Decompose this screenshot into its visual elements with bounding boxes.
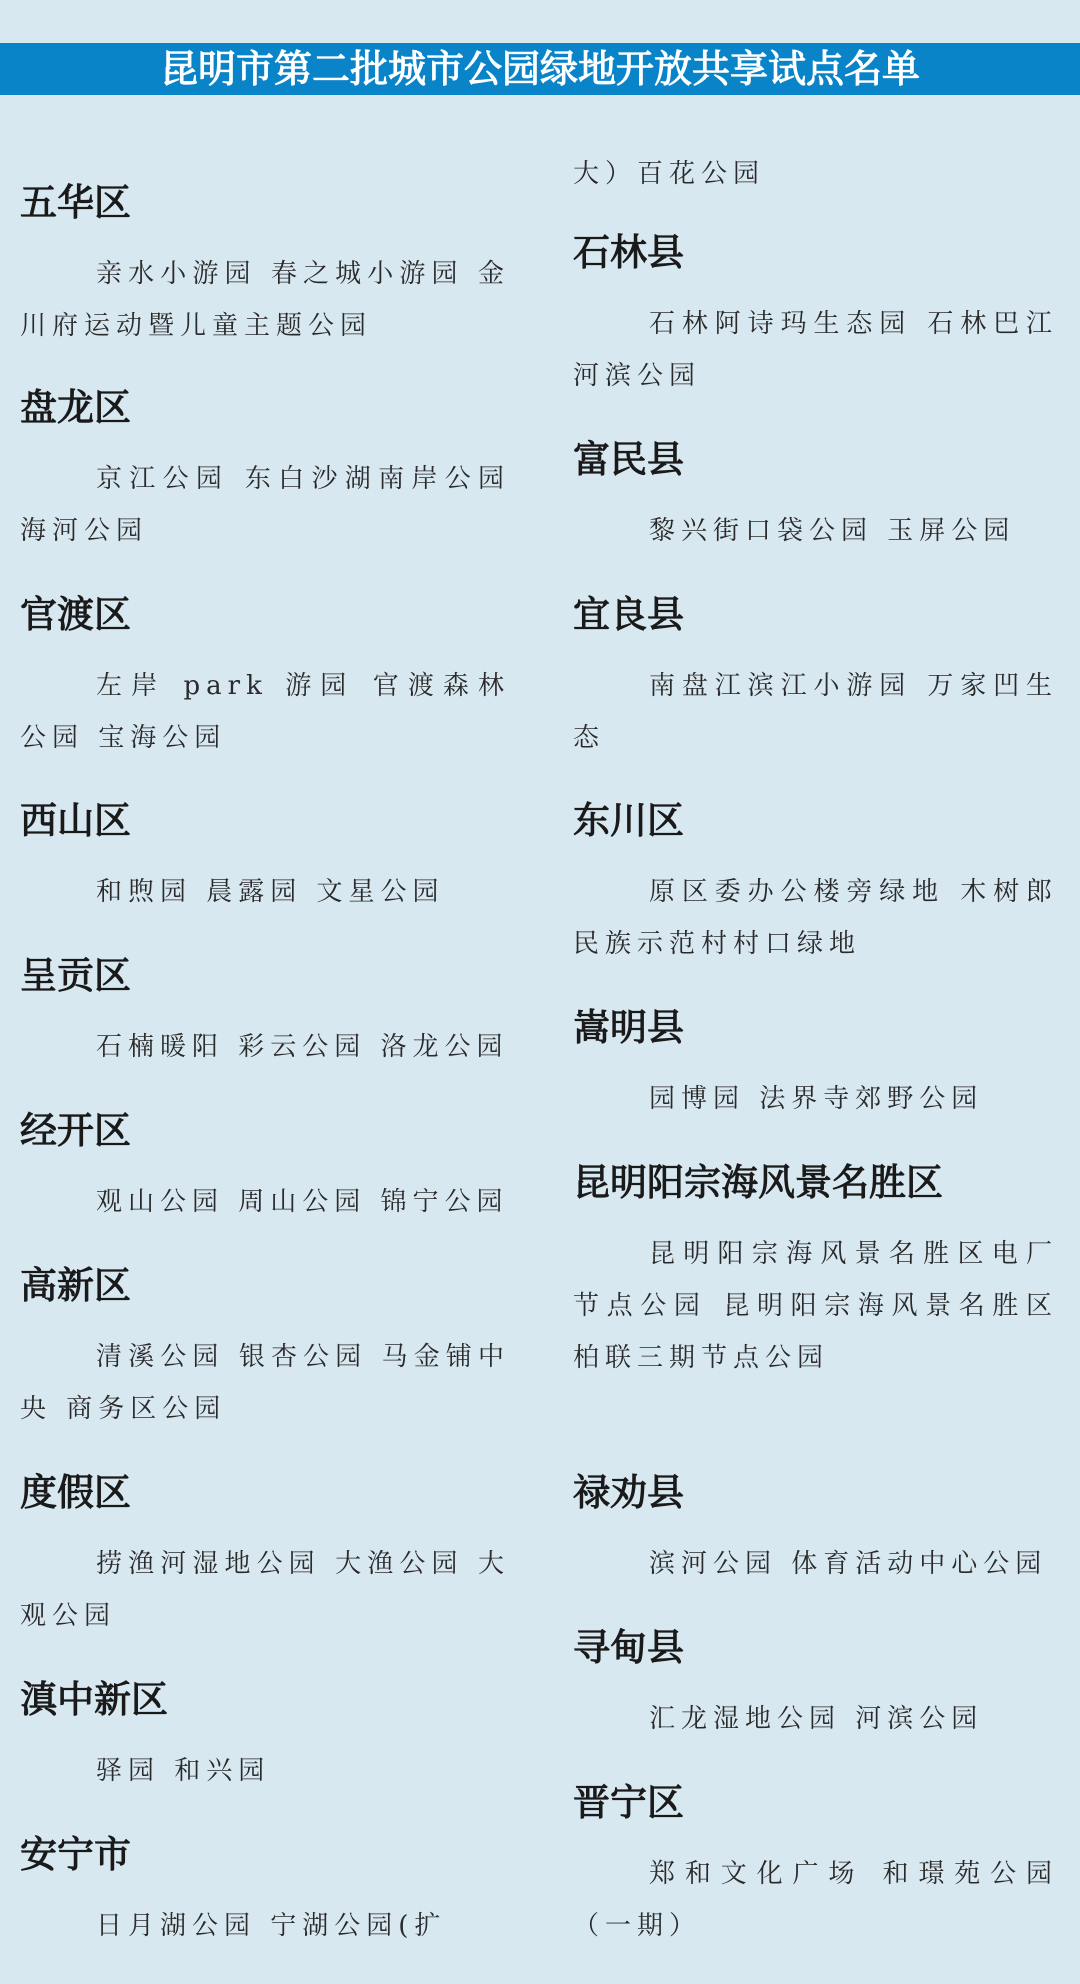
park-list: 亲水小游园 春之城小游园 金川府运动暨儿童主题公园: [20, 248, 510, 352]
district-heading: 宜良县: [573, 592, 1058, 638]
park-list: 驿园 和兴园: [20, 1745, 510, 1797]
district-section: 度假区 捞渔河湿地公园 大渔公园 大观公园: [20, 1470, 510, 1642]
park-list: 汇龙湿地公园 河滨公园: [573, 1693, 1058, 1745]
park-list: 原区委办公楼旁绿地 木树郎民族示范村村口绿地: [573, 866, 1058, 970]
district-section: 官渡区 左岸 park 游园 官渡森林公园 宝海公园: [20, 592, 510, 764]
district-heading: 西山区: [20, 798, 510, 844]
district-section: 呈贡区 石楠暖阳 彩云公园 洛龙公园: [20, 953, 510, 1073]
park-list: 昆明阳宗海风景名胜区电厂节点公园 昆明阳宗海风景名胜区柏联三期节点公园: [573, 1228, 1058, 1384]
district-heading: 寻甸县: [573, 1625, 1058, 1671]
district-section: 石林县 石林阿诗玛生态园 石林巴江河滨公园: [573, 230, 1058, 402]
park-list: 郑和文化广场 和璟苑公园（一期）: [573, 1848, 1058, 1952]
district-heading: 禄劝县: [573, 1470, 1058, 1516]
title-banner: 昆明市第二批城市公园绿地开放共享试点名单: [0, 43, 1080, 95]
district-heading: 东川区: [573, 798, 1058, 844]
district-heading: 官渡区: [20, 592, 510, 638]
district-section: 东川区 原区委办公楼旁绿地 木树郎民族示范村村口绿地: [573, 798, 1058, 970]
page-title: 昆明市第二批城市公园绿地开放共享试点名单: [160, 43, 920, 95]
district-heading: 度假区: [20, 1470, 510, 1516]
park-list: 观山公园 周山公园 锦宁公园: [20, 1176, 510, 1228]
park-list: 石林阿诗玛生态园 石林巴江河滨公园: [573, 298, 1058, 402]
district-section: 经开区 观山公园 周山公园 锦宁公园: [20, 1108, 510, 1228]
district-section: 五华区 亲水小游园 春之城小游园 金川府运动暨儿童主题公园: [20, 180, 510, 352]
district-heading: 滇中新区: [20, 1677, 510, 1723]
park-list-continued: 大）百花公园: [573, 148, 1058, 200]
district-heading: 呈贡区: [20, 953, 510, 999]
district-heading: 石林县: [573, 230, 1058, 276]
district-section: 富民县 黎兴街口袋公园 玉屏公园: [573, 437, 1058, 557]
district-section: 宜良县 南盘江滨江小游园 万家凹生态: [573, 592, 1058, 764]
district-heading: 高新区: [20, 1263, 510, 1309]
district-heading: 五华区: [20, 180, 510, 226]
park-list: 日月湖公园 宁湖公园(扩: [20, 1900, 510, 1952]
district-heading: 安宁市: [20, 1832, 510, 1878]
district-heading: 盘龙区: [20, 385, 510, 431]
district-heading: 嵩明县: [573, 1005, 1058, 1051]
district-section: 西山区 和煦园 晨露园 文星公园: [20, 798, 510, 918]
district-section: 嵩明县 园博园 法界寺郊野公园: [573, 1005, 1058, 1125]
park-list: 滨河公园 体育活动中心公园: [573, 1538, 1058, 1590]
park-list: 石楠暖阳 彩云公园 洛龙公园: [20, 1021, 510, 1073]
district-section: 安宁市 日月湖公园 宁湖公园(扩: [20, 1832, 510, 1952]
continuation-text: 大）百花公园: [573, 148, 1058, 200]
park-list: 清溪公园 银杏公园 马金铺中央 商务区公园: [20, 1331, 510, 1435]
district-section: 晋宁区 郑和文化广场 和璟苑公园（一期）: [573, 1780, 1058, 1952]
district-heading: 经开区: [20, 1108, 510, 1154]
district-section: 寻甸县 汇龙湿地公园 河滨公园: [573, 1625, 1058, 1745]
park-list: 园博园 法界寺郊野公园: [573, 1073, 1058, 1125]
district-heading: 昆明阳宗海风景名胜区: [573, 1160, 1058, 1206]
park-list: 京江公园 东白沙湖南岸公园 海河公园: [20, 453, 510, 557]
district-section: 昆明阳宗海风景名胜区 昆明阳宗海风景名胜区电厂节点公园 昆明阳宗海风景名胜区柏联…: [573, 1160, 1058, 1384]
district-section: 滇中新区 驿园 和兴园: [20, 1677, 510, 1797]
district-section: 禄劝县 滨河公园 体育活动中心公园: [573, 1470, 1058, 1590]
park-list: 左岸 park 游园 官渡森林公园 宝海公园: [20, 660, 510, 764]
park-list: 南盘江滨江小游园 万家凹生态: [573, 660, 1058, 764]
park-list: 黎兴街口袋公园 玉屏公园: [573, 505, 1058, 557]
district-heading: 富民县: [573, 437, 1058, 483]
district-section: 盘龙区 京江公园 东白沙湖南岸公园 海河公园: [20, 385, 510, 557]
park-list: 和煦园 晨露园 文星公园: [20, 866, 510, 918]
district-heading: 晋宁区: [573, 1780, 1058, 1826]
park-list: 捞渔河湿地公园 大渔公园 大观公园: [20, 1538, 510, 1642]
district-section: 高新区 清溪公园 银杏公园 马金铺中央 商务区公园: [20, 1263, 510, 1435]
